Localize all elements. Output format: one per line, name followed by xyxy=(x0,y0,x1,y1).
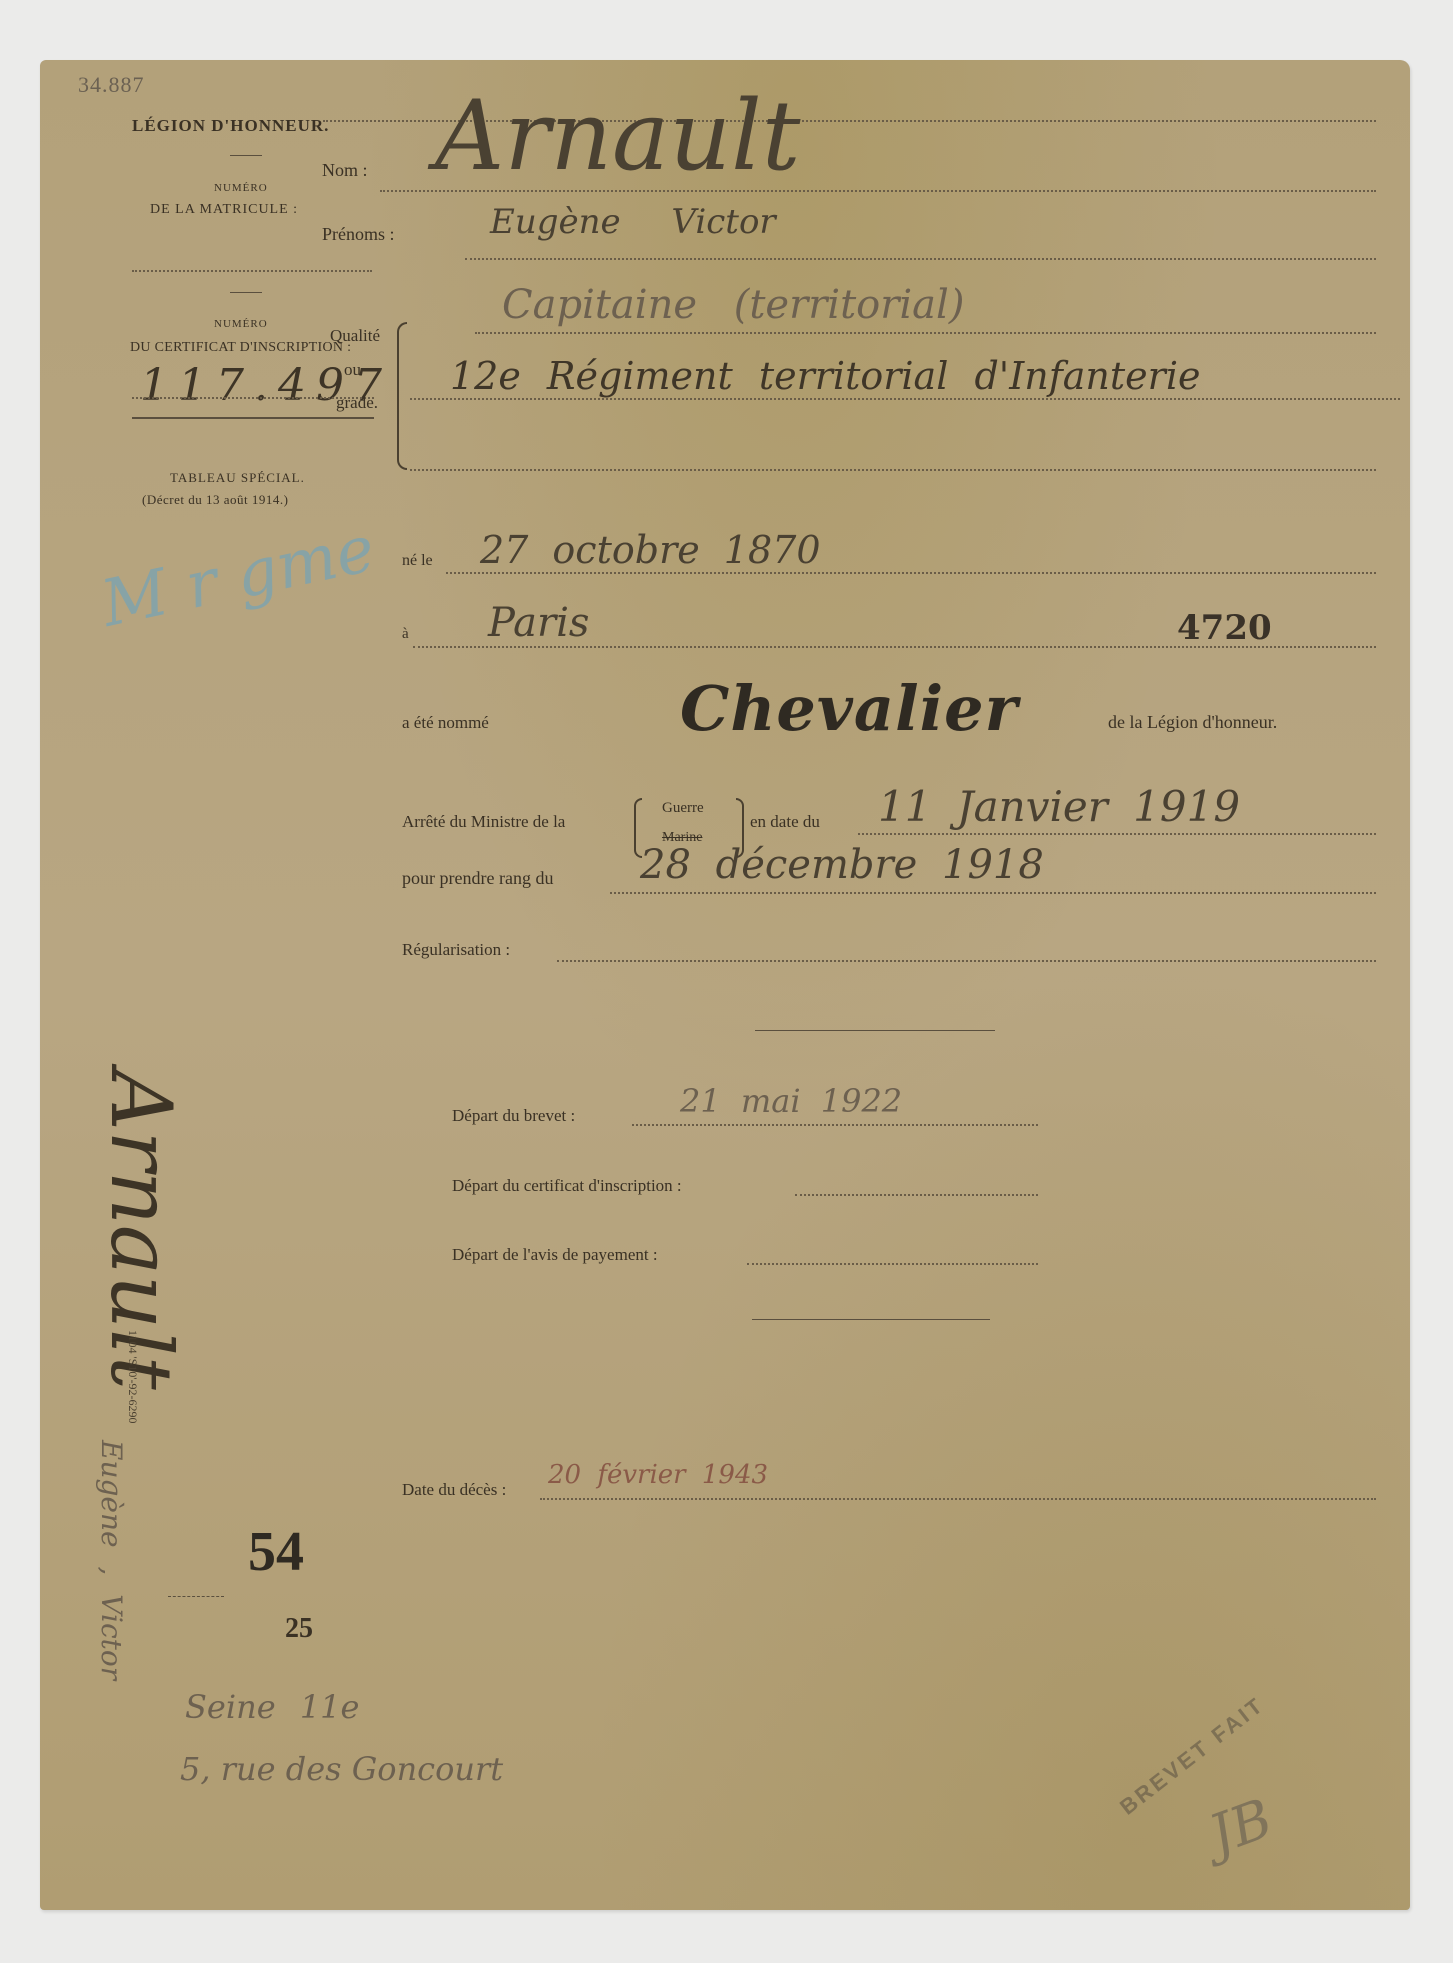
vertical-print-number: 1104 'S10'-92-6290 xyxy=(125,1330,140,1424)
rang-line xyxy=(610,892,1376,894)
qualite-line-1 xyxy=(475,332,1376,334)
divider xyxy=(230,292,262,293)
address-line-2: 5, rue des Goncourt xyxy=(180,1750,503,1788)
depart-brevet-label: Départ du brevet : xyxy=(452,1106,575,1126)
prenoms-line xyxy=(465,258,1376,260)
deces-value: 20 février 1943 xyxy=(548,1460,768,1490)
ne-le-label: né le xyxy=(402,552,433,570)
arrete-label: Arrêté du Ministre de la xyxy=(402,812,565,832)
vertical-prenoms: Eugène , Victor xyxy=(95,1440,128,1680)
box-number-underline xyxy=(168,1596,224,1597)
nom-value: Arnault xyxy=(435,80,800,192)
stamp-initials: JB xyxy=(1201,1786,1280,1866)
depart-brevet-value: 21 mai 1922 xyxy=(680,1082,902,1120)
matricule-field-line xyxy=(132,270,372,272)
address-line-1: Seine 11e xyxy=(185,1688,359,1726)
matricule-label-2: DE LA MATRICULE : xyxy=(150,202,298,218)
qualite-value-1: Capitaine (territorial) xyxy=(502,282,964,328)
box-number: 54 xyxy=(248,1520,304,1584)
certificat-label-1: NUMÉRO xyxy=(214,318,268,330)
ne-le-value: 27 octobre 1870 xyxy=(480,528,821,572)
qualite-line-2 xyxy=(410,398,1400,400)
vertical-name: Arnault xyxy=(92,1070,190,1390)
document-page: 34.887 LÉGION D'HONNEUR. NUMÉRO DE LA MA… xyxy=(40,60,1410,1910)
en-date-label: en date du xyxy=(750,812,820,832)
a-line xyxy=(413,646,1376,648)
rang-label: pour prendre rang du xyxy=(402,868,553,889)
nomme-label: a été nommé xyxy=(402,713,489,733)
qualite-grade-label: grade. xyxy=(336,393,378,413)
deces-line xyxy=(540,1498,1376,1500)
en-date-value: 11 Janvier 1919 xyxy=(878,782,1240,831)
section-divider-1 xyxy=(755,1030,995,1031)
archive-number: 34.887 xyxy=(78,72,145,98)
legion-title: LÉGION D'HONNEUR. xyxy=(132,116,329,136)
depart-avis-label: Départ de l'avis de payement : xyxy=(452,1245,658,1265)
nom-line xyxy=(380,190,1376,192)
en-date-line xyxy=(858,833,1376,835)
prenoms-label: Prénoms : xyxy=(322,224,395,245)
tableau-label: TABLEAU SPÉCIAL. xyxy=(170,470,305,486)
divider xyxy=(230,155,262,156)
prenoms-value: Eugène Victor xyxy=(490,202,776,242)
deces-label: Date du décès : xyxy=(402,1480,506,1500)
qualite-line-3 xyxy=(410,469,1376,471)
qualite-ou-label: ou xyxy=(344,360,361,380)
rang-value: 28 décembre 1918 xyxy=(640,842,1044,888)
certificat-label-2: DU CERTIFICAT D'INSCRIPTION : xyxy=(130,340,351,356)
regularisation-line xyxy=(557,960,1376,962)
a-annotation: 4720 xyxy=(1177,608,1272,648)
decret-label: (Décret du 13 août 1914.) xyxy=(142,492,288,508)
qualite-label: Qualité xyxy=(330,326,380,346)
qualite-brace xyxy=(397,322,407,470)
a-label: à xyxy=(402,626,409,643)
ne-le-line xyxy=(446,572,1376,574)
depart-certificat-line xyxy=(795,1194,1038,1196)
a-value: Paris xyxy=(488,600,589,646)
legion-label: de la Légion d'honneur. xyxy=(1108,712,1277,733)
depart-avis-line xyxy=(747,1263,1038,1265)
section-divider-2 xyxy=(752,1319,990,1320)
regularisation-label: Régularisation : xyxy=(402,940,510,960)
depart-brevet-line xyxy=(632,1124,1038,1126)
ministere-option-guerre[interactable]: Guerre xyxy=(662,800,704,817)
certificat-underline xyxy=(132,417,374,419)
blue-pencil-note: M r gme xyxy=(95,512,381,642)
qualite-value-2: 12e Régiment territorial d'Infanterie xyxy=(450,354,1200,398)
box-sub-number: 25 xyxy=(285,1613,313,1645)
grade-title: Chevalier xyxy=(680,672,1018,745)
depart-certificat-label: Départ du certificat d'inscription : xyxy=(452,1176,682,1196)
matricule-label-1: NUMÉRO xyxy=(214,182,268,194)
nom-label: Nom : xyxy=(322,160,368,181)
